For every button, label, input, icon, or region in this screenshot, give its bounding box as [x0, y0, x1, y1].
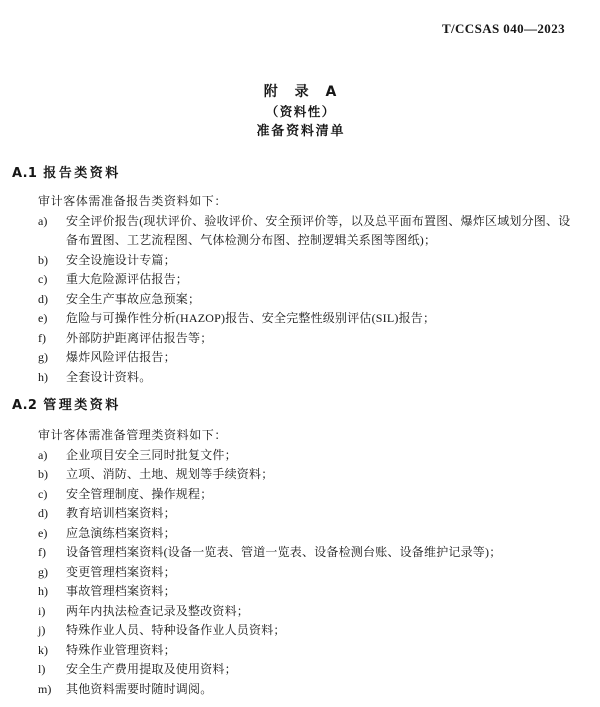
item-label: e): [38, 309, 47, 329]
list-item: c)安全管理制度、操作规程；: [12, 485, 572, 505]
item-text: 变更管理档案资料；: [66, 565, 176, 579]
item-label: f): [38, 543, 46, 563]
section-a1-heading: A.1报告类资料: [12, 165, 572, 183]
item-text: 事故管理档案资料；: [66, 584, 176, 598]
list-item: b)立项、消防、土地、规划等手续资料；: [12, 465, 572, 485]
list-item: b)安全设施设计专篇；: [12, 251, 572, 271]
item-label: a): [38, 212, 47, 232]
item-text: 应急演练档案资料；: [66, 526, 176, 540]
item-list: a)企业项目安全三同时批复文件； b)立项、消防、土地、规划等手续资料； c)安…: [12, 446, 572, 700]
section-title: 管理类资料: [43, 398, 121, 413]
list-item: d)安全生产事故应急预案；: [12, 290, 572, 310]
item-text: 特殊作业人员、特种设备作业人员资料；: [66, 623, 286, 637]
item-text: 设备管理档案资料(设备一览表、管道一览表、设备检测台账、设备维护记录等)；: [66, 545, 501, 559]
section-intro: 审计客体需准备报告类资料如下：: [38, 192, 572, 212]
item-text: 重大危险源评估报告；: [66, 272, 188, 286]
item-label: g): [38, 348, 48, 368]
item-label: l): [38, 660, 45, 680]
item-text: 外部防护距离评估报告等；: [66, 331, 212, 345]
list-item: a)安全评价报告(现状评价、验收评价、安全预评价等，以及总平面布置图、爆炸区域划…: [12, 212, 572, 251]
item-label: g): [38, 563, 48, 583]
item-text: 特殊作业管理资料；: [66, 643, 176, 657]
list-item: i)两年内执法检查记录及整改资料；: [12, 602, 572, 622]
list-item: g)爆炸风险评估报告；: [12, 348, 572, 368]
item-label: c): [38, 270, 47, 290]
list-item: f)外部防护距离评估报告等；: [12, 329, 572, 349]
list-item: j)特殊作业人员、特种设备作业人员资料；: [12, 621, 572, 641]
item-label: c): [38, 485, 47, 505]
item-text: 安全管理制度、操作规程；: [66, 487, 212, 501]
section-a2-heading: A.2管理类资料: [12, 397, 572, 415]
item-text: 安全生产费用提取及使用资料；: [66, 662, 237, 676]
item-label: i): [38, 602, 45, 622]
list-item: k)特殊作业管理资料；: [12, 641, 572, 661]
list-item: c)重大危险源评估报告；: [12, 270, 572, 290]
section-a2: A.2管理类资料 审计客体需准备管理类资料如下： a)企业项目安全三同时批复文件…: [12, 397, 572, 699]
list-item: l)安全生产费用提取及使用资料；: [12, 660, 572, 680]
item-list: a)安全评价报告(现状评价、验收评价、安全预评价等，以及总平面布置图、爆炸区域划…: [12, 212, 572, 388]
item-label: b): [38, 251, 48, 271]
list-item: m)其他资料需要时随时调阅。: [12, 680, 572, 700]
section-a1: A.1报告类资料 审计客体需准备报告类资料如下： a)安全评价报告(现状评价、验…: [12, 165, 572, 387]
item-label: h): [38, 368, 48, 388]
item-text: 企业项目安全三同时批复文件；: [66, 448, 237, 462]
standard-number: T/CCSAS 040—2023: [442, 21, 565, 37]
list-item: d)教育培训档案资料；: [12, 504, 572, 524]
item-text: 安全生产事故应急预案；: [66, 292, 200, 306]
section-number: A.2: [12, 397, 37, 415]
document-page: T/CCSAS 040—2023 附 录 A （资料性） 准备资料清单 A.1报…: [0, 0, 600, 707]
list-item: g)变更管理档案资料；: [12, 563, 572, 583]
section-number: A.1: [12, 165, 37, 183]
item-label: h): [38, 582, 48, 602]
item-label: d): [38, 290, 48, 310]
item-text: 爆炸风险评估报告；: [66, 350, 176, 364]
appendix-subject: 准备资料清单: [0, 122, 600, 142]
item-label: d): [38, 504, 48, 524]
item-label: f): [38, 329, 46, 349]
list-item: e)应急演练档案资料；: [12, 524, 572, 544]
section-intro: 审计客体需准备管理类资料如下：: [38, 426, 572, 446]
item-text: 危险与可操作性分析(HAZOP)报告、安全完整性级别评估(SIL)报告；: [66, 311, 435, 325]
item-label: e): [38, 524, 47, 544]
section-title: 报告类资料: [43, 166, 121, 181]
item-label: m): [38, 680, 51, 700]
list-item: f)设备管理档案资料(设备一览表、管道一览表、设备检测台账、设备维护记录等)；: [12, 543, 572, 563]
appendix-title: 附 录 A: [0, 82, 600, 102]
list-item: e)危险与可操作性分析(HAZOP)报告、安全完整性级别评估(SIL)报告；: [12, 309, 572, 329]
item-label: k): [38, 641, 48, 661]
item-text: 两年内执法检查记录及整改资料；: [66, 604, 249, 618]
item-label: j): [38, 621, 45, 641]
page-content: A.1报告类资料 审计客体需准备报告类资料如下： a)安全评价报告(现状评价、验…: [0, 142, 600, 699]
item-text: 安全设施设计专篇；: [66, 253, 176, 267]
item-label: b): [38, 465, 48, 485]
item-text: 安全评价报告(现状评价、验收评价、安全预评价等，以及总平面布置图、爆炸区域划分图…: [66, 214, 570, 248]
item-text: 其他资料需要时随时调阅。: [66, 682, 212, 696]
item-label: a): [38, 446, 47, 466]
list-item: a)企业项目安全三同时批复文件；: [12, 446, 572, 466]
item-text: 全套设计资料。: [66, 370, 151, 384]
item-text: 教育培训档案资料；: [66, 506, 176, 520]
list-item: h)全套设计资料。: [12, 368, 572, 388]
item-text: 立项、消防、土地、规划等手续资料；: [66, 467, 273, 481]
appendix-kind: （资料性）: [0, 102, 600, 122]
list-item: h)事故管理档案资料；: [12, 582, 572, 602]
